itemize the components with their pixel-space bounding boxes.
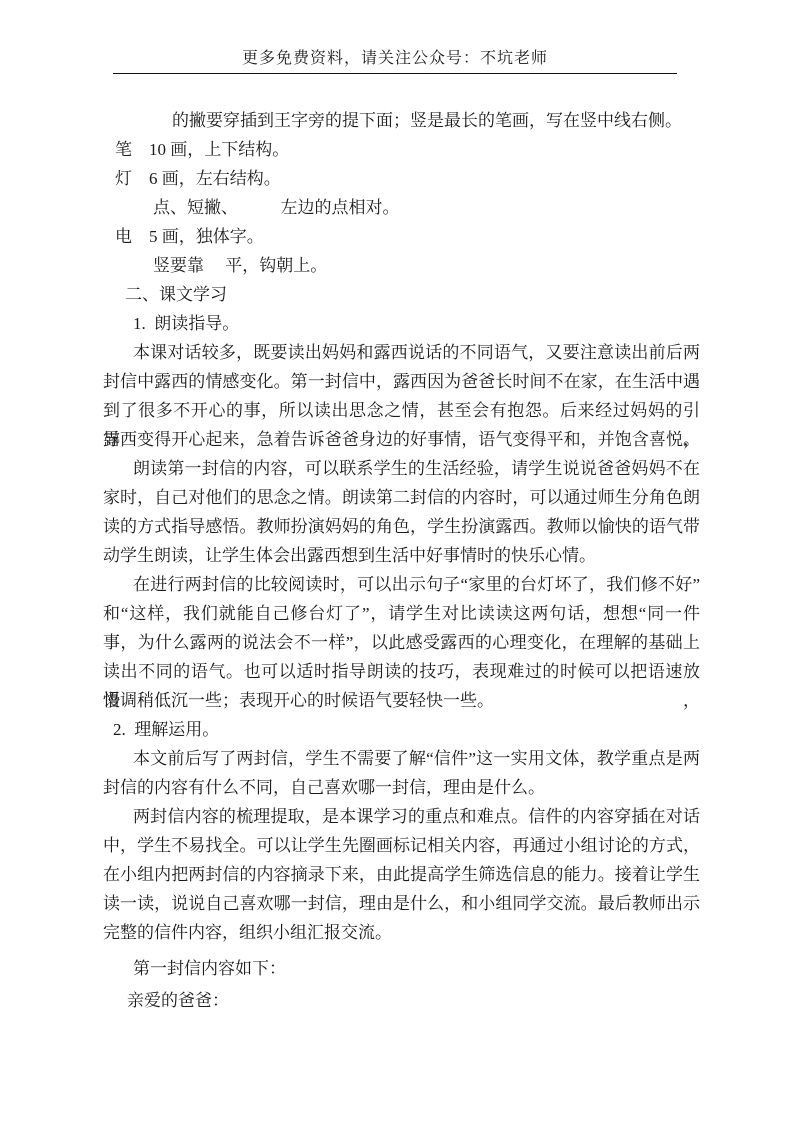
text-line: 完整的信件内容，组织小组汇报交流。: [103, 918, 700, 947]
text-line: 两封信内容的梳理提取，是本课学习的重点和难点。信件的内容穿插在对话: [103, 802, 700, 831]
text-line: 1. 朗读指导。: [103, 309, 700, 338]
text-line: 和“这样，我们就能自己修台灯了”，请学生对比读读这两句话，想想“同一件: [103, 599, 700, 628]
text-line: 二、课文学习: [103, 280, 700, 309]
text-line: 封信中露西的情感变化。第一封信中，露西因为爸爸长时间不在家，在生活中遇: [103, 367, 700, 396]
document-body: 的撇要穿插到王字旁的提下面；竖是最长的笔画，写在竖中线右侧。笔 10 画，上下结…: [103, 106, 700, 1015]
text-line: 家时，自己对他们的思念之情。朗读第二封信的内容时，可以通过师生分角色朗: [103, 483, 700, 512]
text-line: 本文前后写了两封信，学生不需要了解“信件”这一实用文体，教学重点是两: [103, 744, 700, 773]
text-line: 灯 6 画，左右结构。: [103, 164, 700, 193]
header-notice: 更多免费资料，请关注公众号：不坑老师: [113, 48, 677, 70]
text-line: 动学生朗读，让学生体会出露西想到生活中好事情时的快乐心情。: [103, 541, 700, 570]
text-line: 2. 理解运用。: [103, 715, 700, 744]
text-line: 事，为什么露两的说法会不一样”，以此感受露西的心理变化，在理解的基础上: [103, 628, 700, 657]
text-line: 本课对话较多，既要读出妈妈和露西说话的不同语气，又要注意读出前后两: [103, 338, 700, 367]
text-line: 露西变得开心起来，急着告诉爸爸身边的好事情，语气变得平和，并饱含喜悦。: [103, 425, 700, 454]
header-rule: [113, 73, 677, 74]
text-line: 的撇要穿插到王字旁的提下面；竖是最长的笔画，写在竖中线右侧。: [103, 106, 700, 135]
text-line: 读出不同的语气。也可以适时指导朗读的技巧，表现难过的时候可以把语速放慢，: [103, 657, 700, 686]
text-line: 在小组内把两封信的内容摘录下来，由此提高学生筛选信息的能力。接着让学生: [103, 860, 700, 889]
text-line: 竖要靠 平，钩朝上。: [103, 251, 700, 280]
text-line: 电 5 画，独体字。: [103, 222, 700, 251]
text-line: 封信的内容有什么不同，自己喜欢哪一封信，理由是什么。: [103, 773, 700, 802]
text-line: 到了很多不开心的事，所以读出思念之情，甚至会有抱怨。后来经过妈妈的引导，: [103, 396, 700, 425]
text-line: 点、短撇、 左边的点相对。: [103, 193, 700, 222]
text-line: 中，学生不易找全。可以让学生先圈画标记相关内容，再通过小组讨论的方式，: [103, 831, 700, 860]
text-line: 朗读第一封信的内容，可以联系学生的生活经验，请学生说说爸爸妈妈不在: [103, 454, 700, 483]
text-line: 笔 10 画，上下结构。: [103, 135, 700, 164]
page: 更多免费资料，请关注公众号：不坑老师 的撇要穿插到王字旁的提下面；竖是最长的笔画…: [0, 0, 793, 1122]
text-line: 读一读，说说自己喜欢哪一封信，理由是什么，和小组同学交流。最后教师出示: [103, 889, 700, 918]
text-line: 读的方式指导感悟。教师扮演妈妈的角色，学生扮演露西。教师以愉快的语气带: [103, 512, 700, 541]
text-line: 亲爱的爸爸：: [103, 986, 700, 1015]
text-line: 在进行两封信的比较阅读时，可以出示句子“家里的台灯坏了，我们修不好”: [103, 570, 700, 599]
text-line: 第一封信内容如下：: [103, 954, 700, 983]
